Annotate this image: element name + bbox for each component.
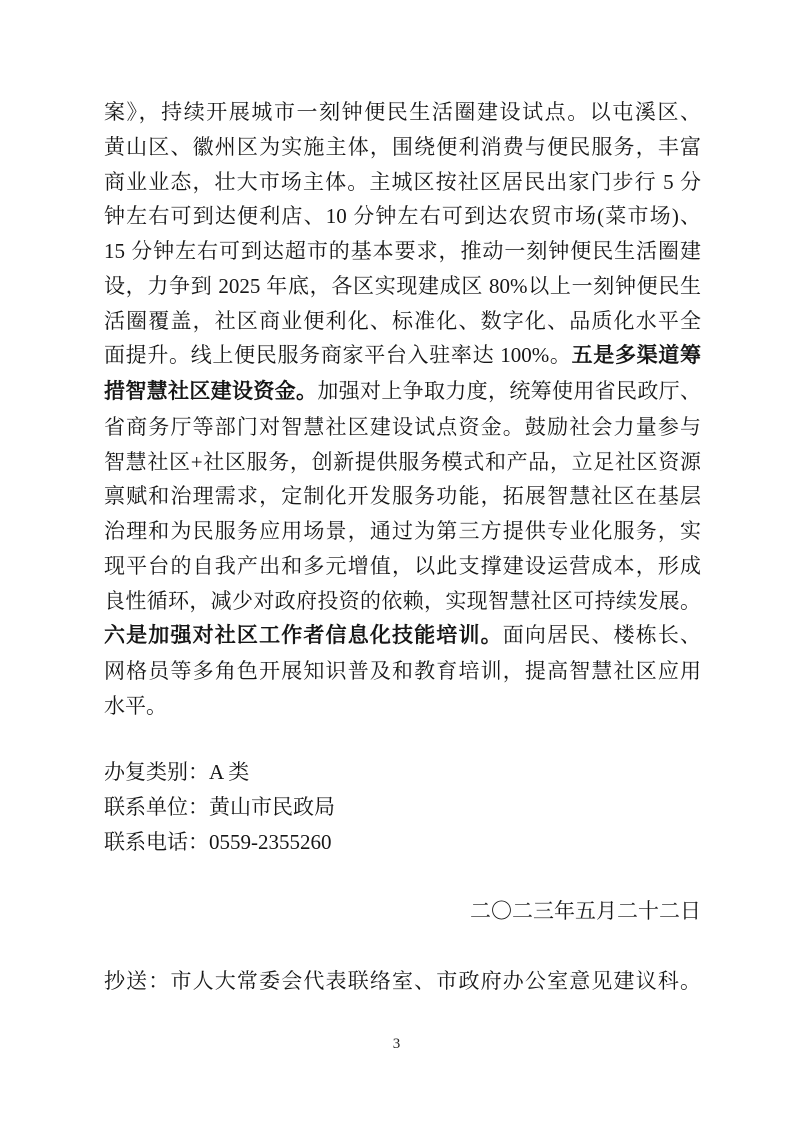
text-run: 禀赋和治理需求，定制化开发服务功能，拓展智慧社区在基层	[104, 484, 701, 508]
text-run: 加强对上争取力度，统筹使用省民政厅、	[317, 379, 701, 403]
text-run: 15 分钟左右可到达超市的基本要求，推动一刻钟便民生活圈建	[104, 239, 701, 263]
body-line: 智慧社区+社区服务，创新提供服务模式和产品，立足社区资源	[104, 445, 701, 480]
text-run: 现平台的自我产出和多元增值，以此支撑建设运营成本，形成	[104, 554, 701, 578]
text-run: 网格员等多角色开展知识普及和教育培训，提高智慧社区应用	[104, 659, 701, 683]
body-line: 案》，持续开展城市一刻钟便民生活圈建设试点。以屯溪区、	[104, 95, 701, 130]
reply-info-label: 联系单位：	[104, 795, 209, 819]
reply-info-value: A 类	[209, 760, 249, 784]
body-line: 面提升。线上便民服务商家平台入驻率达 100%。五是多渠道筹	[104, 338, 701, 374]
body-line: 网格员等多角色开展知识普及和教育培训，提高智慧社区应用	[104, 654, 701, 689]
reply-info-label: 办复类别：	[104, 760, 209, 784]
bold-text-run: 五是多渠道筹	[572, 344, 701, 367]
date-line: 二〇二三年五月二十二日	[104, 894, 701, 929]
reply-info-label: 联系电话：	[104, 830, 209, 854]
reply-info-value: 0559-2355260	[209, 830, 332, 854]
body-line: 15 分钟左右可到达超市的基本要求，推动一刻钟便民生活圈建	[104, 234, 701, 269]
text-run: 治理和为民服务应用场景，通过为第三方提供专业化服务，实	[104, 519, 701, 543]
text-run: 良性循环，减少对政府投资的依赖，实现智慧社区可持续发展。	[104, 589, 701, 613]
text-run: 省商务厅等部门对智慧社区建设试点资金。鼓励社会力量参与	[104, 415, 701, 439]
body-line: 良性循环，减少对政府投资的依赖，实现智慧社区可持续发展。	[104, 584, 701, 619]
body-line: 治理和为民服务应用场景，通过为第三方提供专业化服务，实	[104, 514, 701, 549]
page-number: 3	[0, 1036, 793, 1053]
text-run: 智慧社区+社区服务，创新提供服务模式和产品，立足社区资源	[104, 450, 701, 474]
cc-line: 抄送：市人大常委会代表联络室、市政府办公室意见建议科。	[104, 964, 701, 999]
body-line: 活圈覆盖，社区商业便利化、标准化、数字化、品质化水平全	[104, 304, 701, 339]
text-run: 面提升。线上便民服务商家平台入驻率达 100%。	[104, 343, 572, 367]
body-line: 措智慧社区建设资金。加强对上争取力度，统筹使用省民政厅、	[104, 374, 701, 410]
text-run: 水平。	[104, 694, 167, 718]
reply-info-block: 办复类别：A 类联系单位：黄山市民政局联系电话：0559-2355260	[104, 755, 335, 859]
text-run: 活圈覆盖，社区商业便利化、标准化、数字化、品质化水平全	[104, 309, 701, 333]
text-run: 案》，持续开展城市一刻钟便民生活圈建设试点。以屯溪区、	[104, 100, 701, 124]
bold-text-run: 措智慧社区建设资金。	[104, 380, 317, 403]
reply-info-line: 办复类别：A 类	[104, 755, 335, 790]
body-line: 六是加强对社区工作者信息化技能培训。面向居民、楼栋长、	[104, 618, 701, 654]
body-line: 商业业态，壮大市场主体。主城区按社区居民出家门步行 5 分	[104, 165, 701, 200]
body-line: 现平台的自我产出和多元增值，以此支撑建设运营成本，形成	[104, 549, 701, 584]
body-line: 钟左右可到达便利店、10 分钟左右可到达农贸市场(菜市场)、	[104, 199, 701, 234]
body-line: 水平。	[104, 689, 701, 724]
text-run: 钟左右可到达便利店、10 分钟左右可到达农贸市场(菜市场)、	[104, 204, 701, 228]
body-line: 禀赋和治理需求，定制化开发服务功能，拓展智慧社区在基层	[104, 479, 701, 514]
text-run: 黄山区、徽州区为实施主体，围绕便利消费与便民服务，丰富	[104, 135, 701, 159]
text-run: 面向居民、楼栋长、	[503, 623, 701, 647]
reply-info-line: 联系电话：0559-2355260	[104, 825, 335, 860]
text-run: 设，力争到 2025 年底，各区实现建成区 80%以上一刻钟便民生	[104, 274, 701, 298]
body-line: 省商务厅等部门对智慧社区建设试点资金。鼓励社会力量参与	[104, 410, 701, 445]
body-line: 黄山区、徽州区为实施主体，围绕便利消费与便民服务，丰富	[104, 130, 701, 165]
bold-text-run: 六是加强对社区工作者信息化技能培训。	[104, 624, 503, 647]
document-page: 案》，持续开展城市一刻钟便民生活圈建设试点。以屯溪区、黄山区、徽州区为实施主体，…	[0, 0, 793, 1122]
document-body: 案》，持续开展城市一刻钟便民生活圈建设试点。以屯溪区、黄山区、徽州区为实施主体，…	[104, 95, 701, 724]
text-run: 商业业态，壮大市场主体。主城区按社区居民出家门步行 5 分	[104, 170, 701, 194]
body-line: 设，力争到 2025 年底，各区实现建成区 80%以上一刻钟便民生	[104, 269, 701, 304]
reply-info-line: 联系单位：黄山市民政局	[104, 790, 335, 825]
reply-info-value: 黄山市民政局	[209, 795, 335, 819]
